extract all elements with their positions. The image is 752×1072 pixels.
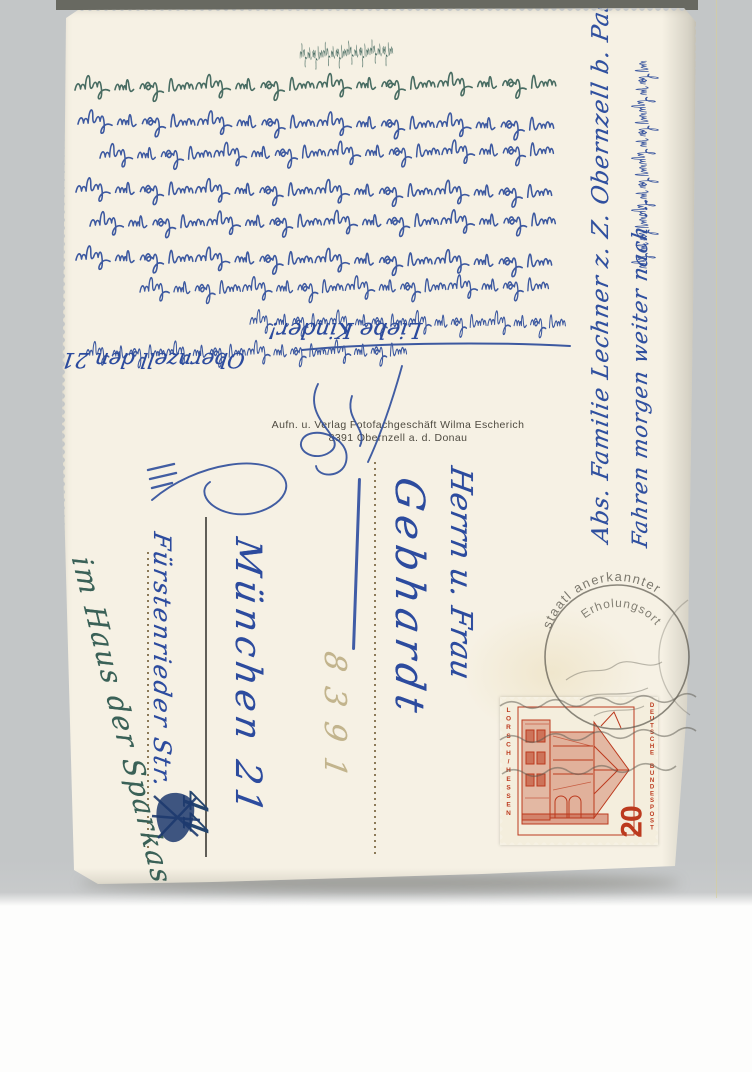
- handwritten-underline: [352, 478, 361, 650]
- handwritten-address-street: Fürstenrieder Str.: [148, 530, 176, 791]
- handwritten-salutation: Liebe Kinder!: [268, 317, 424, 342]
- handwritten-house-number: 44: [174, 788, 214, 838]
- handwritten-sender-line: Abs. Familie Lechner z. Z. Obernzell b. …: [588, 0, 614, 545]
- stamp-perforation: [500, 697, 505, 845]
- scanner-artifact-line: [716, 0, 717, 898]
- handwritten-address-surname: Gebhardt: [386, 474, 432, 722]
- postage-stamp: LORSCH/HESSEN DEUTSCHE BUNDESPOST 20: [500, 697, 658, 845]
- handwritten-dateline: Obernzell den 21. 7. 67: [53, 348, 246, 372]
- stamp-perforation: [500, 697, 658, 702]
- postcard-scan: Aufn. u. Verlag Fotofachgeschäft Wilma E…: [0, 0, 752, 1072]
- dotted-address-line: [374, 462, 376, 858]
- handwritten-sender-line: Fahren morgen weiter nach …: [628, 194, 652, 549]
- postcard-back: Aufn. u. Verlag Fotofachgeschäft Wilma E…: [62, 8, 698, 890]
- stamp-value: 20: [615, 806, 649, 837]
- handwritten-postal-code-pencil: 8391: [317, 649, 352, 796]
- handwritten-address-recipient: Herrn u. Frau: [443, 464, 478, 682]
- stamp-perforation: [653, 697, 658, 845]
- stamp-perforation: [500, 840, 658, 845]
- credit-line-1: Aufn. u. Verlag Fotofachgeschäft Wilma E…: [162, 419, 634, 432]
- credit-line-2: 8391 Obernzell a. d. Donau: [162, 432, 634, 445]
- stamp-motif-label: LORSCH/HESSEN: [505, 707, 512, 819]
- handwritten-address-city: München 21: [227, 535, 268, 821]
- printed-publisher-credit: Aufn. u. Verlag Fotofachgeschäft Wilma E…: [162, 419, 634, 444]
